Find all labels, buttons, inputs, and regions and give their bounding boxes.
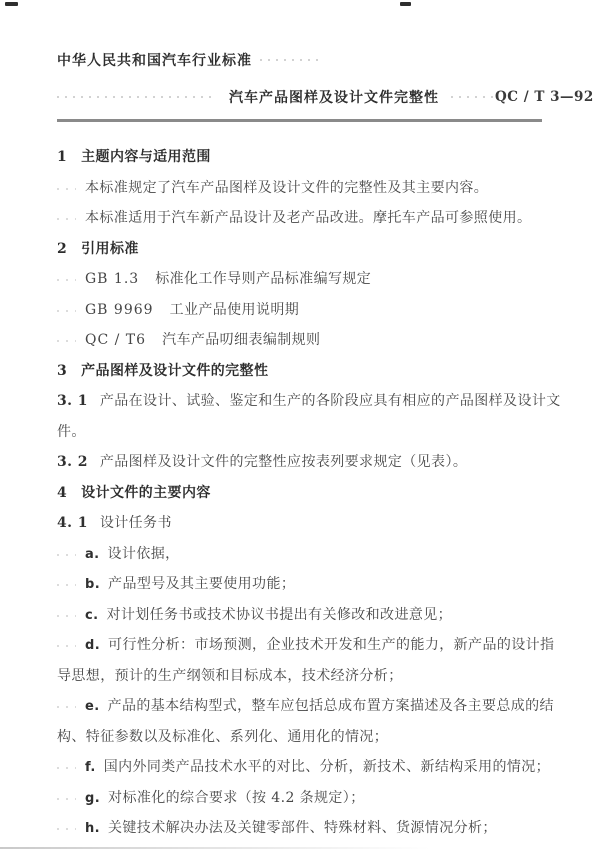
reference-code: GB 9969 (85, 302, 154, 318)
section-heading: 1主题内容与适用范围 (57, 148, 542, 168)
clause-number: 3 (57, 363, 67, 379)
line-text: 导思想，预计的生产纲领和目标成本，技术经济分析； (57, 668, 403, 684)
list-item: h.关键技术解决办法及关键零部件、特殊材料、货源情况分析； (57, 819, 542, 839)
clause: 3. 1产品在设计、试验、鉴定和生产的各阶段应具有相应的产品图样及设计文 (57, 392, 542, 412)
document-body: 1主题内容与适用范围本标准规定了汽车产品图样及设计文件的完整性及其主要内容。本标… (57, 148, 542, 839)
item-label: g. (85, 791, 100, 806)
clause-continuation: 导思想，预计的生产纲领和目标成本，技术经济分析； (57, 667, 542, 687)
line-text: 产品在设计、试验、鉴定和生产的各阶段应具有相应的产品图样及设计文 (100, 393, 561, 409)
header-divider (57, 119, 542, 122)
clause-number: 3. 2 (57, 454, 88, 470)
item-label: c. (85, 608, 98, 623)
clause-continuation: 件。 (57, 423, 542, 443)
scan-noise-dots (451, 96, 495, 98)
line-text: 产品图样及设计文件的完整性应按表列要求规定（见表）。 (100, 454, 467, 470)
clause-number: 2 (57, 241, 67, 257)
reference-code: QC / T6 (85, 332, 146, 348)
reference-code: GB 1.3 (85, 271, 139, 287)
item-label: d. (85, 638, 100, 653)
scan-artifact-dash (5, 2, 18, 6)
scan-noise-dots (260, 59, 320, 61)
line-text: 关键技术解决办法及关键零部件、特殊材料、货源情况分析； (108, 820, 497, 836)
reference-item: GB 9969工业产品使用说明期 (57, 301, 542, 321)
line-text: 可行性分析：市场预测，企业技术开发和生产的能力，新产品的设计指 (108, 637, 554, 653)
reference-item: GB 1.3标准化工作导则产品标准编写规定 (57, 270, 542, 290)
line-text: 设计任务书 (100, 515, 172, 531)
clause-number: 4 (57, 485, 67, 501)
line-text: 对标准化的综合要求（按 4.2 条规定）； (108, 790, 365, 806)
list-item: d.可行性分析：市场预测，企业技术开发和生产的能力，新产品的设计指 (57, 636, 542, 656)
paragraph: 本标准规定了汽车产品图样及设计文件的完整性及其主要内容。 (57, 179, 542, 199)
line-text: 国内外同类产品技术水平的对比、分析，新技术、新结构采用的情况； (104, 759, 550, 775)
section-heading: 3产品图样及设计文件的完整性 (57, 362, 542, 382)
list-item: g.对标准化的综合要求（按 4.2 条规定）； (57, 789, 542, 809)
clause-number: 3. 1 (57, 393, 88, 409)
document-page: 中华人民共和国汽车行业标准 汽车产品图样及设计文件完整性 QC / T 3—92… (0, 0, 600, 849)
list-item: a.设计依据， (57, 545, 542, 565)
clause-continuation: 构、特征参数以及标准化、系列化、通用化的情况； (57, 728, 542, 748)
line-text: 本标准规定了汽车产品图样及设计文件的完整性及其主要内容。 (85, 180, 488, 196)
standard-org-line: 中华人民共和国汽车行业标准 (57, 50, 252, 70)
clause-number: 1 (57, 149, 67, 165)
item-label: h. (85, 821, 100, 836)
line-text: 设计依据， (108, 546, 180, 562)
line-text: 设计文件的主要内容 (81, 485, 211, 501)
line-text: 本标准适用于汽车新产品设计及老产品改进。摩托车产品可参照使用。 (85, 210, 531, 226)
list-item: e.产品的基本结构型式，整车应包括总成布置方案描述及各主要总成的结 (57, 697, 542, 717)
line-text: 产品的基本结构型式，整车应包括总成布置方案描述及各主要总成的结 (108, 698, 554, 714)
line-text: 构、特征参数以及标准化、系列化、通用化的情况； (57, 729, 388, 745)
paragraph: 本标准适用于汽车新产品设计及老产品改进。摩托车产品可参照使用。 (57, 209, 542, 229)
list-item: f.国内外同类产品技术水平的对比、分析，新技术、新结构采用的情况； (57, 758, 542, 778)
line-text: 产品型号及其主要使用功能； (108, 576, 295, 592)
scan-artifact-dash (400, 2, 411, 6)
document-title: 汽车产品图样及设计文件完整性 (229, 87, 439, 107)
title-row: 汽车产品图样及设计文件完整性 QC / T 3—92 (57, 87, 542, 107)
item-label: e. (85, 699, 100, 714)
clause: 4. 1设计任务书 (57, 514, 542, 534)
clause: 3. 2产品图样及设计文件的完整性应按表列要求规定（见表）。 (57, 453, 542, 473)
line-text: 标准化工作导则产品标准编写规定 (155, 271, 371, 287)
line-text: 产品图样及设计文件的完整性 (81, 363, 268, 379)
standard-code: QC / T 3—92 (495, 89, 594, 105)
line-text: 件。 (57, 424, 86, 440)
list-item: b.产品型号及其主要使用功能； (57, 575, 542, 595)
item-label: f. (85, 760, 96, 775)
scan-noise-dots (57, 96, 215, 98)
line-text: 对计划任务书或技术协议书提出有关修改和改进意见； (106, 607, 452, 623)
line-text: 引用标准 (81, 241, 139, 257)
standard-org-row: 中华人民共和国汽车行业标准 (57, 50, 542, 70)
clause-number: 4. 1 (57, 515, 88, 531)
item-label: b. (85, 577, 100, 592)
document-content: 中华人民共和国汽车行业标准 汽车产品图样及设计文件完整性 QC / T 3—92… (0, 0, 600, 839)
line-text: 工业产品使用说明期 (170, 302, 300, 318)
list-item: c.对计划任务书或技术协议书提出有关修改和改进意见； (57, 606, 542, 626)
section-heading: 4设计文件的主要内容 (57, 484, 542, 504)
line-text: 汽车产品叨细表编制规则 (162, 332, 320, 348)
item-label: a. (85, 547, 100, 562)
reference-item: QC / T6汽车产品叨细表编制规则 (57, 331, 542, 351)
line-text: 主题内容与适用范围 (81, 149, 211, 165)
section-heading: 2引用标准 (57, 240, 542, 260)
